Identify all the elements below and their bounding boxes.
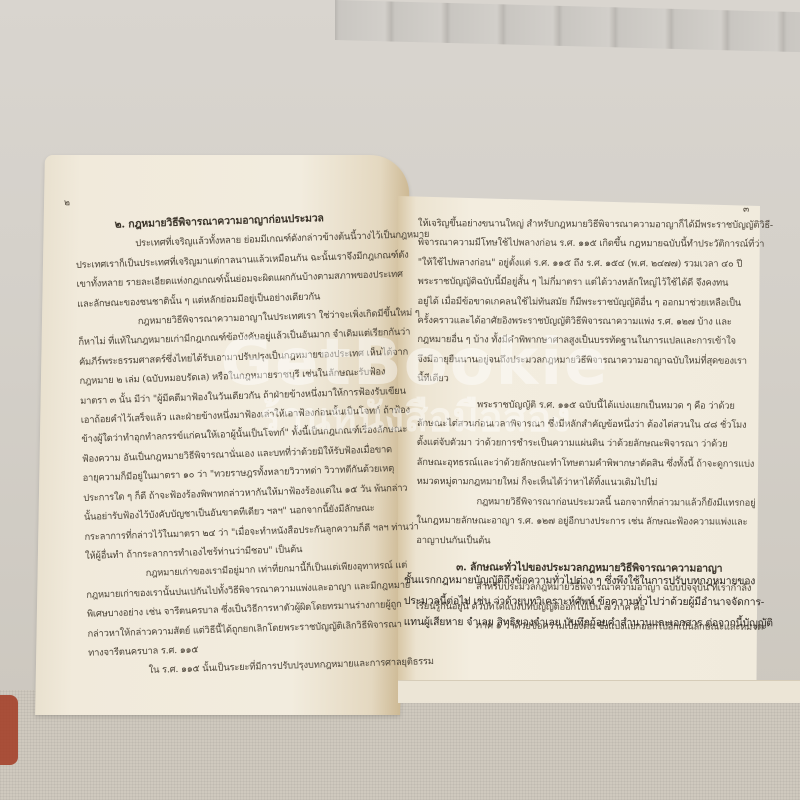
text-line: อยู่ได้ เมื่อมีข้อขาดเกคลนใช้ไม่ทันสมัย … <box>417 292 757 313</box>
text-line: ชั้นแรกกฎหมายบัญญัติถึงข้อความทั่วไปต่าง… <box>404 570 784 592</box>
text-line: ลักษณะอุทธรณ์และว่าด้วยลักษณะทำโทษตามคำพ… <box>417 453 757 474</box>
window-blinds <box>335 0 800 52</box>
text-line: พระราชบัญญัติฉบับนี้มีอยู่สั้น ๆ ไม่กี่ม… <box>418 272 758 293</box>
text-line: พิจารณาความมีโทษใช้ไปพลางก่อน ร.ศ. ๑๑๕ เ… <box>418 233 758 254</box>
left-page-text: ๒ ๒. กฎหมายวิธีพิจารณาความอาญาก่อนประมวล… <box>75 225 409 683</box>
text-line: กฎหมายวิธีพิจารณาก่อนประมวลนี้ นอกจากที่… <box>416 492 756 513</box>
text-line: ตั้งแต่จับตัวมา ว่าด้วยการชำระเป็นความแผ… <box>417 433 757 454</box>
text-line: ครั้งคราวและได้อาศัยอิงพระราชบัญญัติวิธี… <box>417 311 757 332</box>
right-page-text-lower: ชั้นแรกกฎหมายบัญญัติถึงข้อความทั่วไปต่าง… <box>404 570 784 634</box>
text-line: พระราชบัญญัติ ร.ศ. ๑๑๕ ฉบับนี้ได้แบ่งแยก… <box>417 395 757 416</box>
text-line: ประมวลนี้ต่อไป เช่น ว่าด้วยบทวิเคราะห์ศั… <box>404 591 784 613</box>
left-page-number: ๒ <box>64 195 70 209</box>
text-line: ให้เจริญขึ้นอย่างขนานใหญ่ สำหรับกฎหมายวิ… <box>418 214 758 235</box>
text-line: ลักษณะไต่สวนก่อนเวลาพิจารณา ซึ่งมีหลักสำ… <box>417 414 757 435</box>
text-line: อาญาปนกันเป็นต้น <box>416 530 756 551</box>
page-stack-edge <box>398 680 800 703</box>
text-line: นี้ทีเดียว <box>417 369 757 390</box>
text-line: "ให้ใช้ไปพลางก่อน" อยู่ตั้งแต่ ร.ศ. ๑๑๕ … <box>418 253 758 274</box>
text-line: แทนผู้เสียหาย จำเลย สิทธิของจำเลย บันทึก… <box>404 612 784 634</box>
text-line: หมวดหมู่ตามกฎหมายใหม่ ก็จะเห็นได้ว่าหาได… <box>417 472 757 493</box>
text-line: จึงมีอายุยืนนานอยู่จนถึงประมวลกฎหมายวิธี… <box>417 350 757 371</box>
text-line: กฎหมายอื่น ๆ บ้าง ทั้งมีคำพิพากษาศาลสูงเ… <box>417 330 757 351</box>
right-page-number: ๓ <box>743 202 749 216</box>
red-object-edge <box>0 695 18 765</box>
text-line: ในกฎหมายลักษณะอาญา ร.ศ. ๑๒๗ อยู่อีกบางปร… <box>416 511 756 532</box>
